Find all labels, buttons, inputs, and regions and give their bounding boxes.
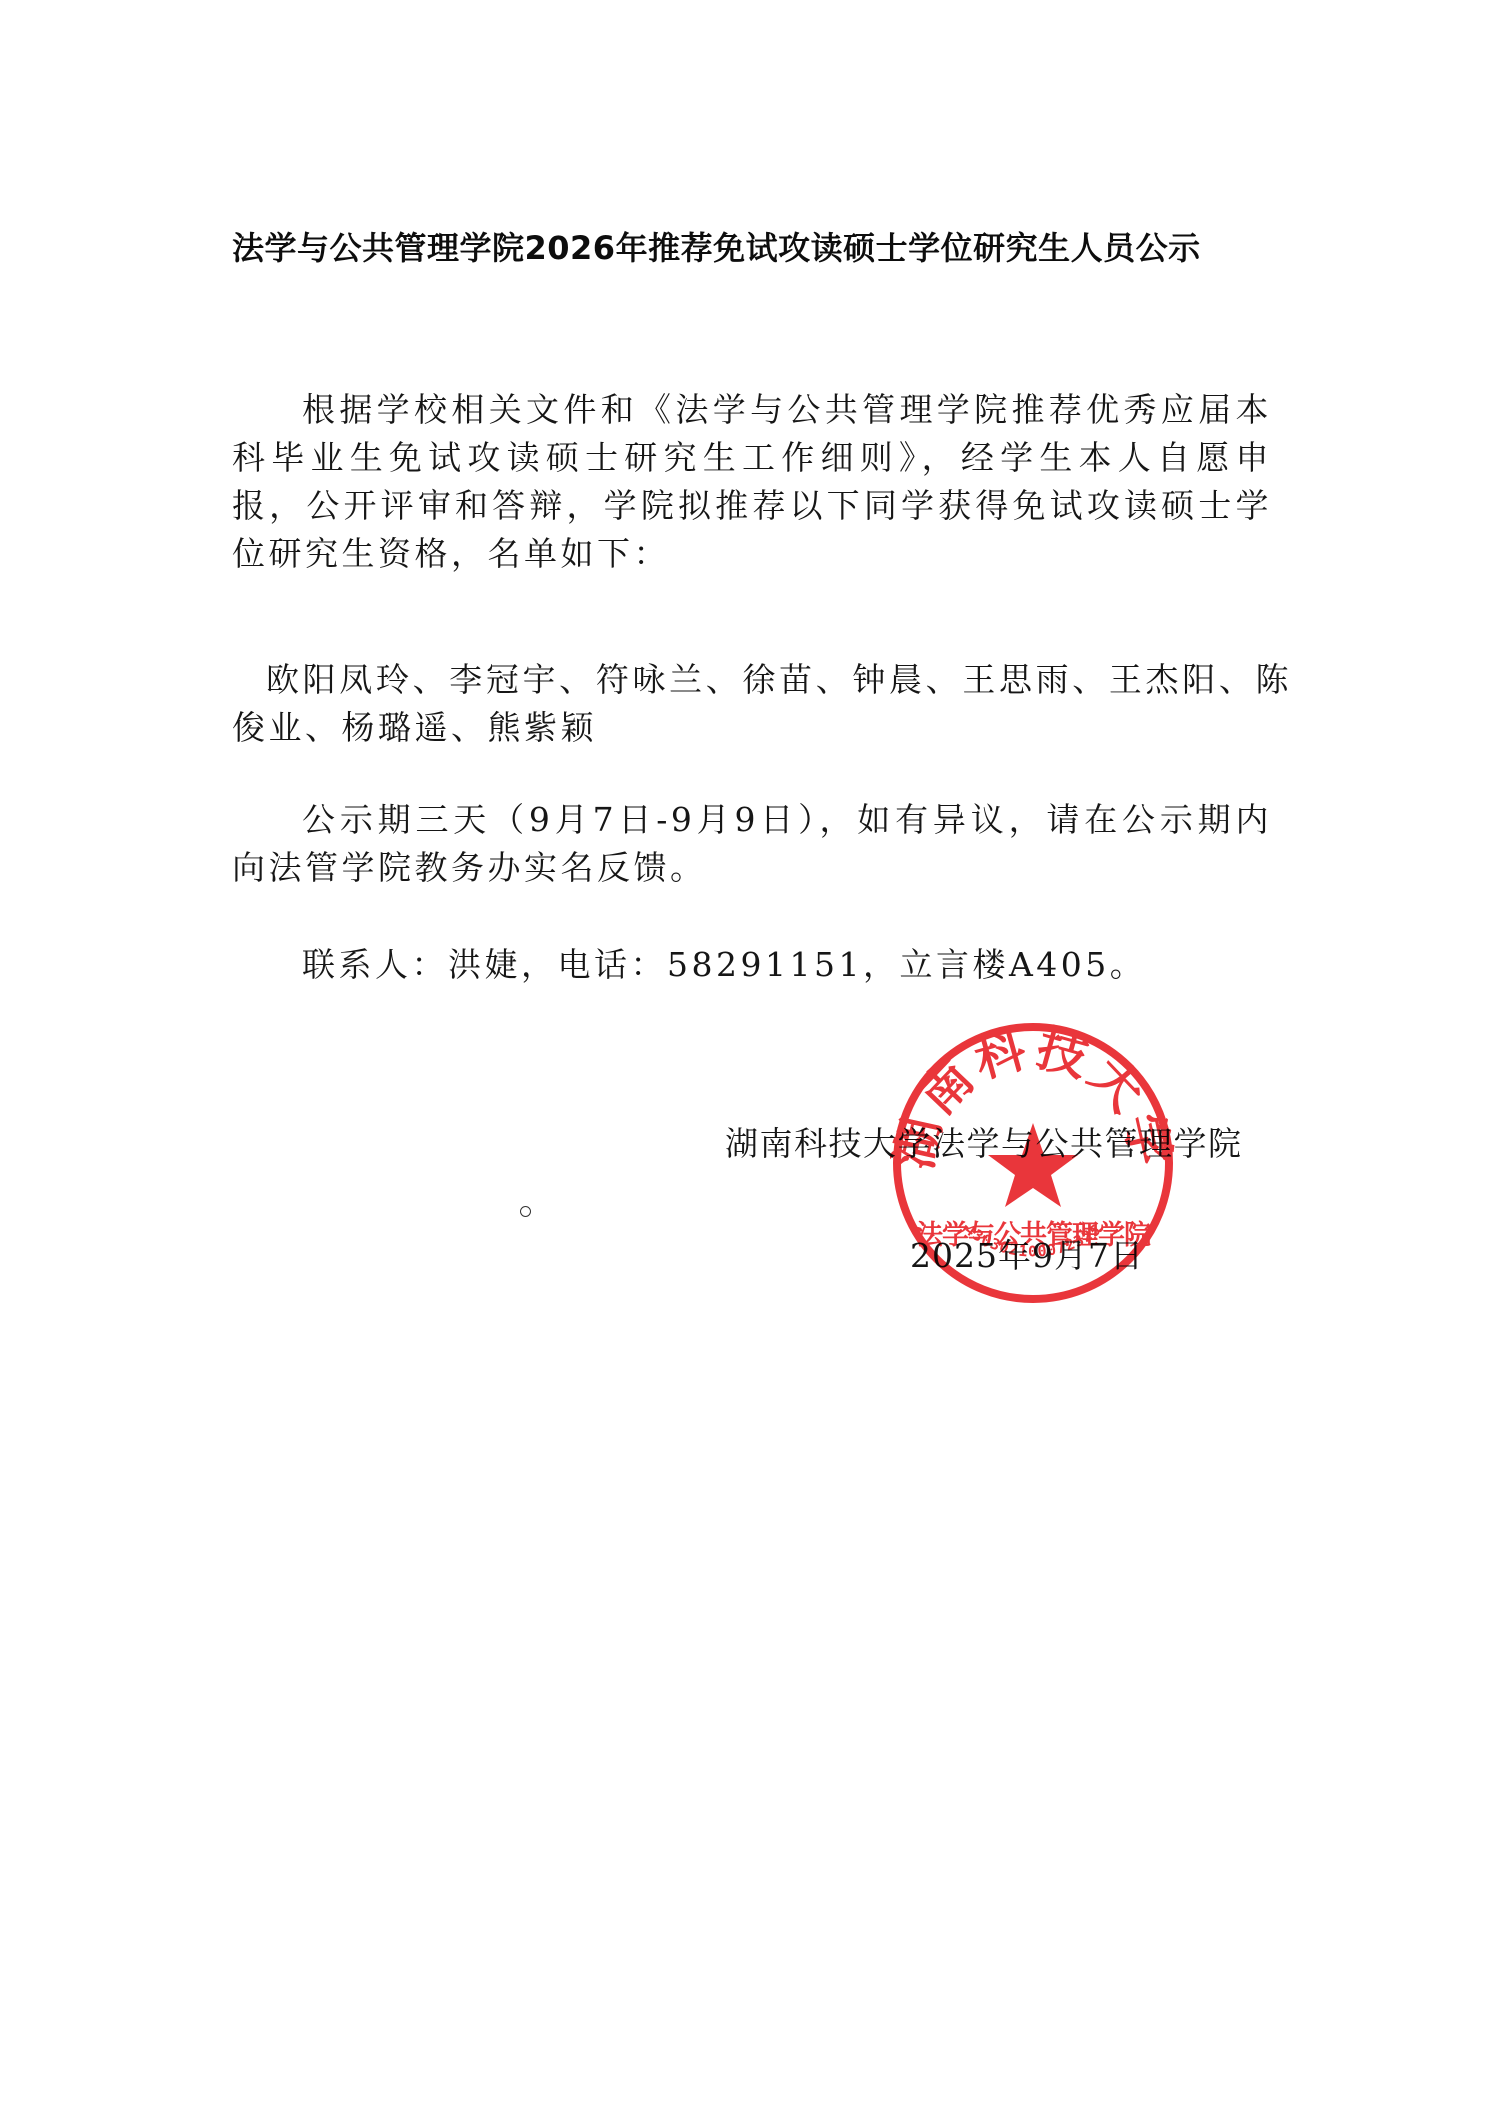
- student-names-list: 欧阳凤玲、李冠宇、符咏兰、徐苗、钟晨、王思雨、王杰阳、陈俊业、杨璐遥、熊紫颖: [232, 656, 1292, 752]
- contact-paragraph: 联系人：洪婕，电话：58291151，立言楼A405。: [232, 941, 1272, 989]
- document-title: 法学与公共管理学院2026年推荐免试攻读硕士学位研究生人员公示: [232, 228, 1292, 268]
- document-page: 法学与公共管理学院2026年推荐免试攻读硕士学位研究生人员公示 根据学校相关文件…: [0, 0, 1500, 2109]
- publicity-notice-paragraph: 公示期三天（9月7日-9月9日），如有异议，请在公示期内向法管学院教务办实名反馈…: [232, 796, 1272, 892]
- stray-circle-mark: [520, 1206, 531, 1217]
- official-seal: 湖南科技大学 法学与公共管理学院 430302100072325: [890, 1020, 1176, 1306]
- star-icon: [988, 1123, 1078, 1207]
- intro-paragraph: 根据学校相关文件和《法学与公共管理学院推荐优秀应届本科毕业生免试攻读硕士研究生工…: [232, 386, 1272, 578]
